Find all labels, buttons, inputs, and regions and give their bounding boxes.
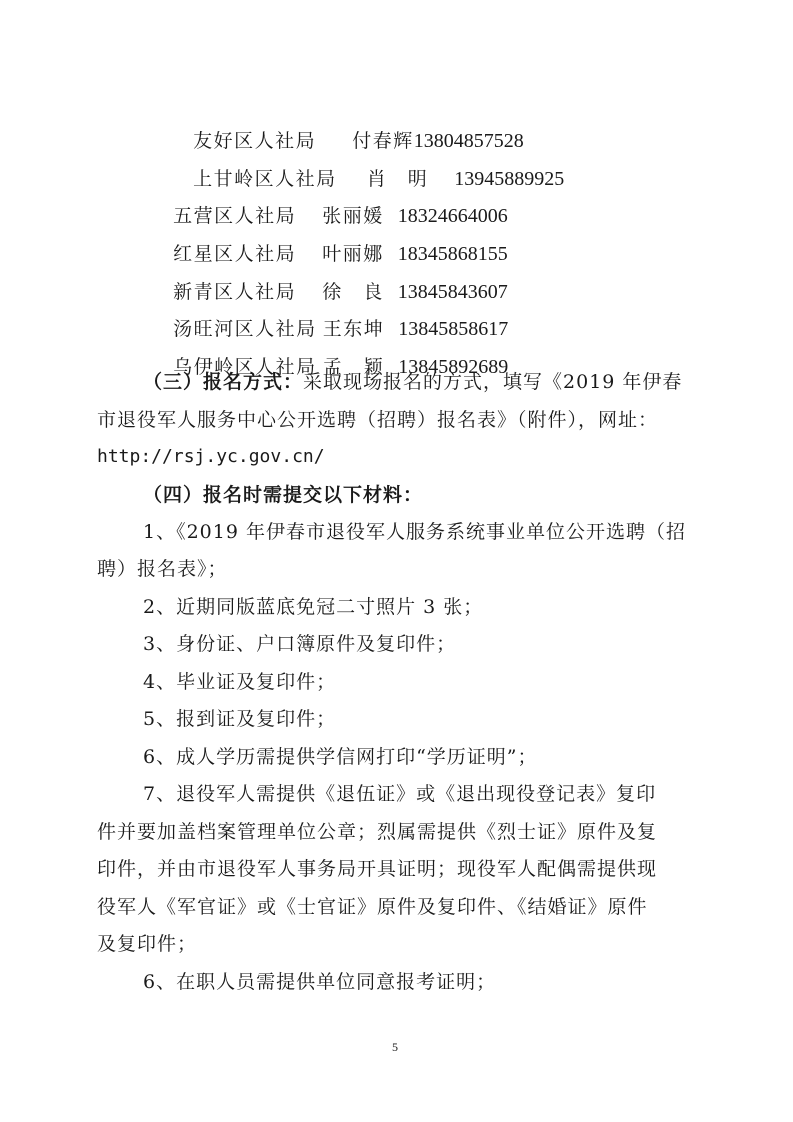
material-item: 5、报到证及复印件；: [143, 708, 336, 730]
material-item: 6、在职人员需提供单位同意报考证明；: [143, 971, 496, 993]
material-item: 件并要加盖档案管理单位公章；烈属需提供《烈士证》原件及复: [97, 821, 657, 843]
material-item: 印件，并由市退役军人事务局开具证明；现役军人配偶需提供现: [97, 858, 657, 880]
material-item: 4、毕业证及复印件；: [143, 671, 336, 693]
material-item: 2、近期同版蓝底免冠二寸照片 3 张；: [143, 596, 483, 618]
material-item: 3、身份证、户口簿原件及复印件；: [143, 633, 456, 655]
section-heading: （三）报名方式：: [143, 371, 303, 393]
material-item: 7、退役军人需提供《退伍证》或《退出现役登记表》复印: [143, 783, 656, 805]
section-heading: （四）报名时需提交以下材料：: [143, 484, 423, 506]
material-item: 1、《2019 年伊春市退役军人服务系统事业单位公开选聘（招: [143, 521, 686, 543]
page-number: 5: [392, 1040, 398, 1055]
material-item: 及复印件；: [97, 933, 197, 955]
material-item: 聘）报名表》；: [97, 558, 228, 580]
material-item: 役军人《军官证》或《士官证》原件及复印件、《结婚证》原件: [97, 896, 648, 918]
paragraph-text: 采取现场报名的方式，填写《2019 年伊春: [303, 371, 682, 393]
paragraph-line: （三）报名方式：采取现场报名的方式，填写《2019 年伊春: [143, 371, 682, 393]
paragraph-line: 市退役军人服务中心公开选聘（招聘）报名表》（附件），网址：: [97, 409, 658, 431]
website-url: http://rsj.yc.gov.cn/: [97, 446, 325, 468]
material-item: 6、成人学历需提供学信网打印“学历证明”；: [143, 746, 538, 768]
